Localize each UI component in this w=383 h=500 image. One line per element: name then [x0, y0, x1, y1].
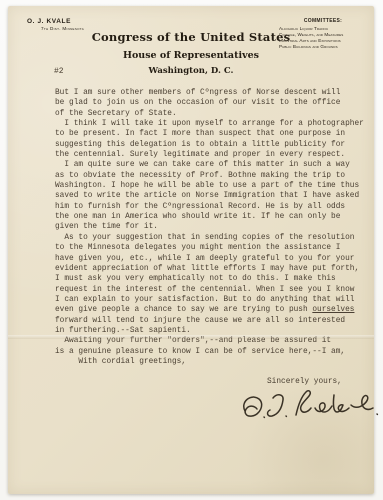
heading-house: House of Representatives — [8, 50, 374, 61]
letter-line: saved to write the article on Norse Immi… — [55, 191, 371, 201]
letter-line: I must ask you very emphatically not to … — [55, 274, 371, 284]
letter-body: But I am sure other members of Cºngress … — [55, 88, 371, 367]
letter-line: evident appreciation of what little effo… — [55, 264, 371, 274]
letter-line: to the Minnesota delegates you might men… — [55, 243, 371, 253]
letter-line: as to obviate the necessity of Prof. Bot… — [55, 171, 371, 181]
sender-name: O. J. KVALE — [27, 18, 84, 25]
letter-line: I am quite sure we can take care of this… — [55, 160, 371, 170]
letter-line: I think I will take it upon myself to ar… — [55, 119, 371, 129]
committees-block: COMMITTEES: Alcoholic Liquor TrafficCoin… — [279, 18, 367, 50]
letter-line: Awaiting your further "orders",--and ple… — [55, 336, 371, 346]
letter-line: the centennial. Surely legitimate and pr… — [55, 150, 371, 160]
letter-line: With cordial greetings, — [55, 357, 371, 367]
letter-line: of the Secretary of State. — [55, 109, 371, 119]
letter-line: have given you, etc., while I am deeply … — [55, 254, 371, 264]
letter-line: But I am sure other members of Cºngress … — [55, 88, 371, 98]
letter-line: given the time for it. — [55, 222, 371, 232]
page-number: #2 — [54, 67, 64, 76]
letter-line: to be present. In fact I more than suspe… — [55, 129, 371, 139]
letter-line: forward will tend to injure the cause we… — [55, 316, 371, 326]
signature-autograph — [233, 385, 383, 433]
letter-line: be glad to join us on the occasion of ou… — [55, 98, 371, 108]
letter-line: in furthering.--Sat sapienti. — [55, 326, 371, 336]
committee-item: Public Buildings and Grounds — [279, 44, 367, 50]
committees-list: Alcoholic Liquor TrafficCoinage, Weights… — [279, 26, 367, 50]
letter-paper: O. J. KVALE 7th Dist. Minnesota Congress… — [8, 6, 374, 494]
letter-line: even give people a chance to say we are … — [55, 305, 371, 315]
letter-line: him to furnish for the Cºngressional Rec… — [55, 202, 371, 212]
letter-line: is a genuine pleasure to know I can be o… — [55, 347, 371, 357]
letter-line: As to your suggestion that in sending co… — [55, 233, 371, 243]
committees-heading: COMMITTEES: — [279, 18, 367, 24]
letter-line: suggesting this delegation is to obtain … — [55, 140, 371, 150]
letter-line: request in the interest of the centennia… — [55, 285, 371, 295]
letter-line: Washington. I hope he will be able to us… — [55, 181, 371, 191]
letter-line: the one man in America who should write … — [55, 212, 371, 222]
letter-line: I can explain to your satisfaction. But … — [55, 295, 371, 305]
